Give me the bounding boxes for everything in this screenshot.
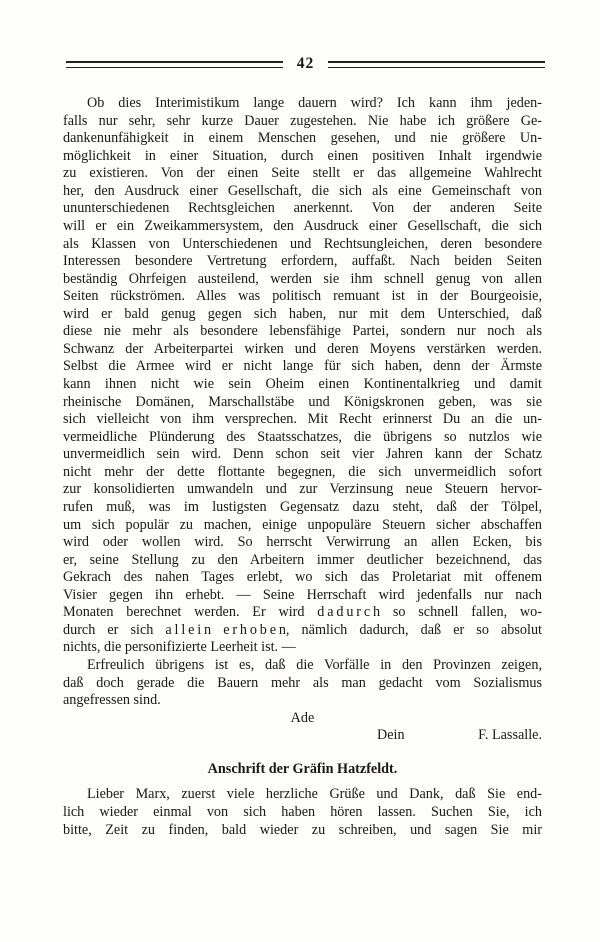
text-line: Erfreulich übrigens ist es, daß die Vorf… (63, 657, 542, 675)
text-line: zu existieren. Von der einen Seite stell… (63, 165, 542, 183)
text-line: er, seine Stellung zu den Arbeitern imme… (63, 552, 542, 570)
text-line: dankenunfähigkeit in einem Menschen gese… (63, 130, 542, 148)
text-line: falls nur sehr, sehr kurze Dauer zugeste… (63, 113, 542, 131)
text-line: sich vielleicht von ihm versprechen. Mit… (63, 411, 542, 429)
text-line: Ob dies Interimistikum lange dauern wird… (63, 95, 542, 113)
text-line: angefressen sind. (63, 692, 542, 710)
text-line: möglichkeit in einer Situation, durch ei… (63, 148, 542, 166)
text-line: Interessen besondere Vertretung erforder… (63, 253, 542, 271)
page-number: 42 (297, 56, 315, 72)
text-line: Seiten rückströmen. Alles was politisch … (63, 288, 542, 306)
page-header: 42 (66, 57, 545, 73)
text-line: wird er bald genug gegen sich haben, nur… (63, 306, 542, 324)
text-line: Visier gegen ihn erhebt. — Seine Herrsch… (63, 587, 542, 605)
text-line: kann ihnen nicht wie sein Oheim einen Ko… (63, 376, 542, 394)
text-line: nicht mehr der dette flottante begegnen,… (63, 464, 542, 482)
text-line: wird oder wollen wird. So herrscht Verwi… (63, 534, 542, 552)
text-line: rheinische Domänen, Marschallstäbe und K… (63, 394, 542, 412)
text-line: beständig Ohrfeigen austeilend, werden s… (63, 271, 542, 289)
text-line: daß doch gerade die Bauern mehr als man … (63, 675, 542, 693)
text-body: Ob dies Interimistikum lange dauern wird… (63, 95, 542, 839)
text-line: durch er sich a l l e i n e r h o b e n,… (63, 622, 542, 640)
text-line: als Klassen von Unterschiedenen und Rech… (63, 236, 542, 254)
text-line: Selbst die Armee wird er nicht lange für… (63, 358, 542, 376)
header-rule-left (66, 61, 283, 68)
text-line: Schwanz der Arbeiterpartei wirken und de… (63, 341, 542, 359)
text-line: Lieber Marx, zuerst viele herzliche Grüß… (63, 786, 542, 804)
text-line: lich wieder einmal von sich haben hören … (63, 804, 542, 822)
signature-row: DeinF. Lassalle. (63, 727, 542, 745)
text-line: um sich populär zu machen, einige unpopu… (63, 517, 542, 535)
signature-salutation: Dein (377, 727, 405, 745)
text-line: rufen muß, was im lustigsten Gegensatz d… (63, 499, 542, 517)
text-line: ununterschiedenen Rechtsgleichen anerken… (63, 200, 542, 218)
text-line: zur konsolidierten umwandeln und zur Ver… (63, 481, 542, 499)
header-rule-right (328, 61, 545, 68)
section-heading: Anschrift der Gräfin Hatzfeldt. (63, 761, 542, 779)
book-page: 42 Ob dies Interimistikum lange dauern w… (0, 0, 600, 942)
text-line: unvermeidlich sein wird. Denn schon seit… (63, 446, 542, 464)
text-line: bitte, Zeit zu finden, bald wieder zu sc… (63, 822, 542, 840)
text-line: vermeidliche Plünderung des Staatsschatz… (63, 429, 542, 447)
text-line: Monaten berechnet werden. Er wird d a d … (63, 604, 542, 622)
text-line: will er ein Zweikammersystem, den Ausdru… (63, 218, 542, 236)
text-line: diese nie mehr als besondere lebensfähig… (63, 323, 542, 341)
signoff-ade: Ade (63, 710, 542, 728)
signature-name: F. Lassalle. (478, 727, 542, 745)
text-line: her, den Ausdruck einer Gesellschaft, di… (63, 183, 542, 201)
text-line: nichts, die personifizierte Leerheit ist… (63, 639, 542, 657)
text-line: Gekrach des nahen Tages erlebt, wo sich … (63, 569, 542, 587)
